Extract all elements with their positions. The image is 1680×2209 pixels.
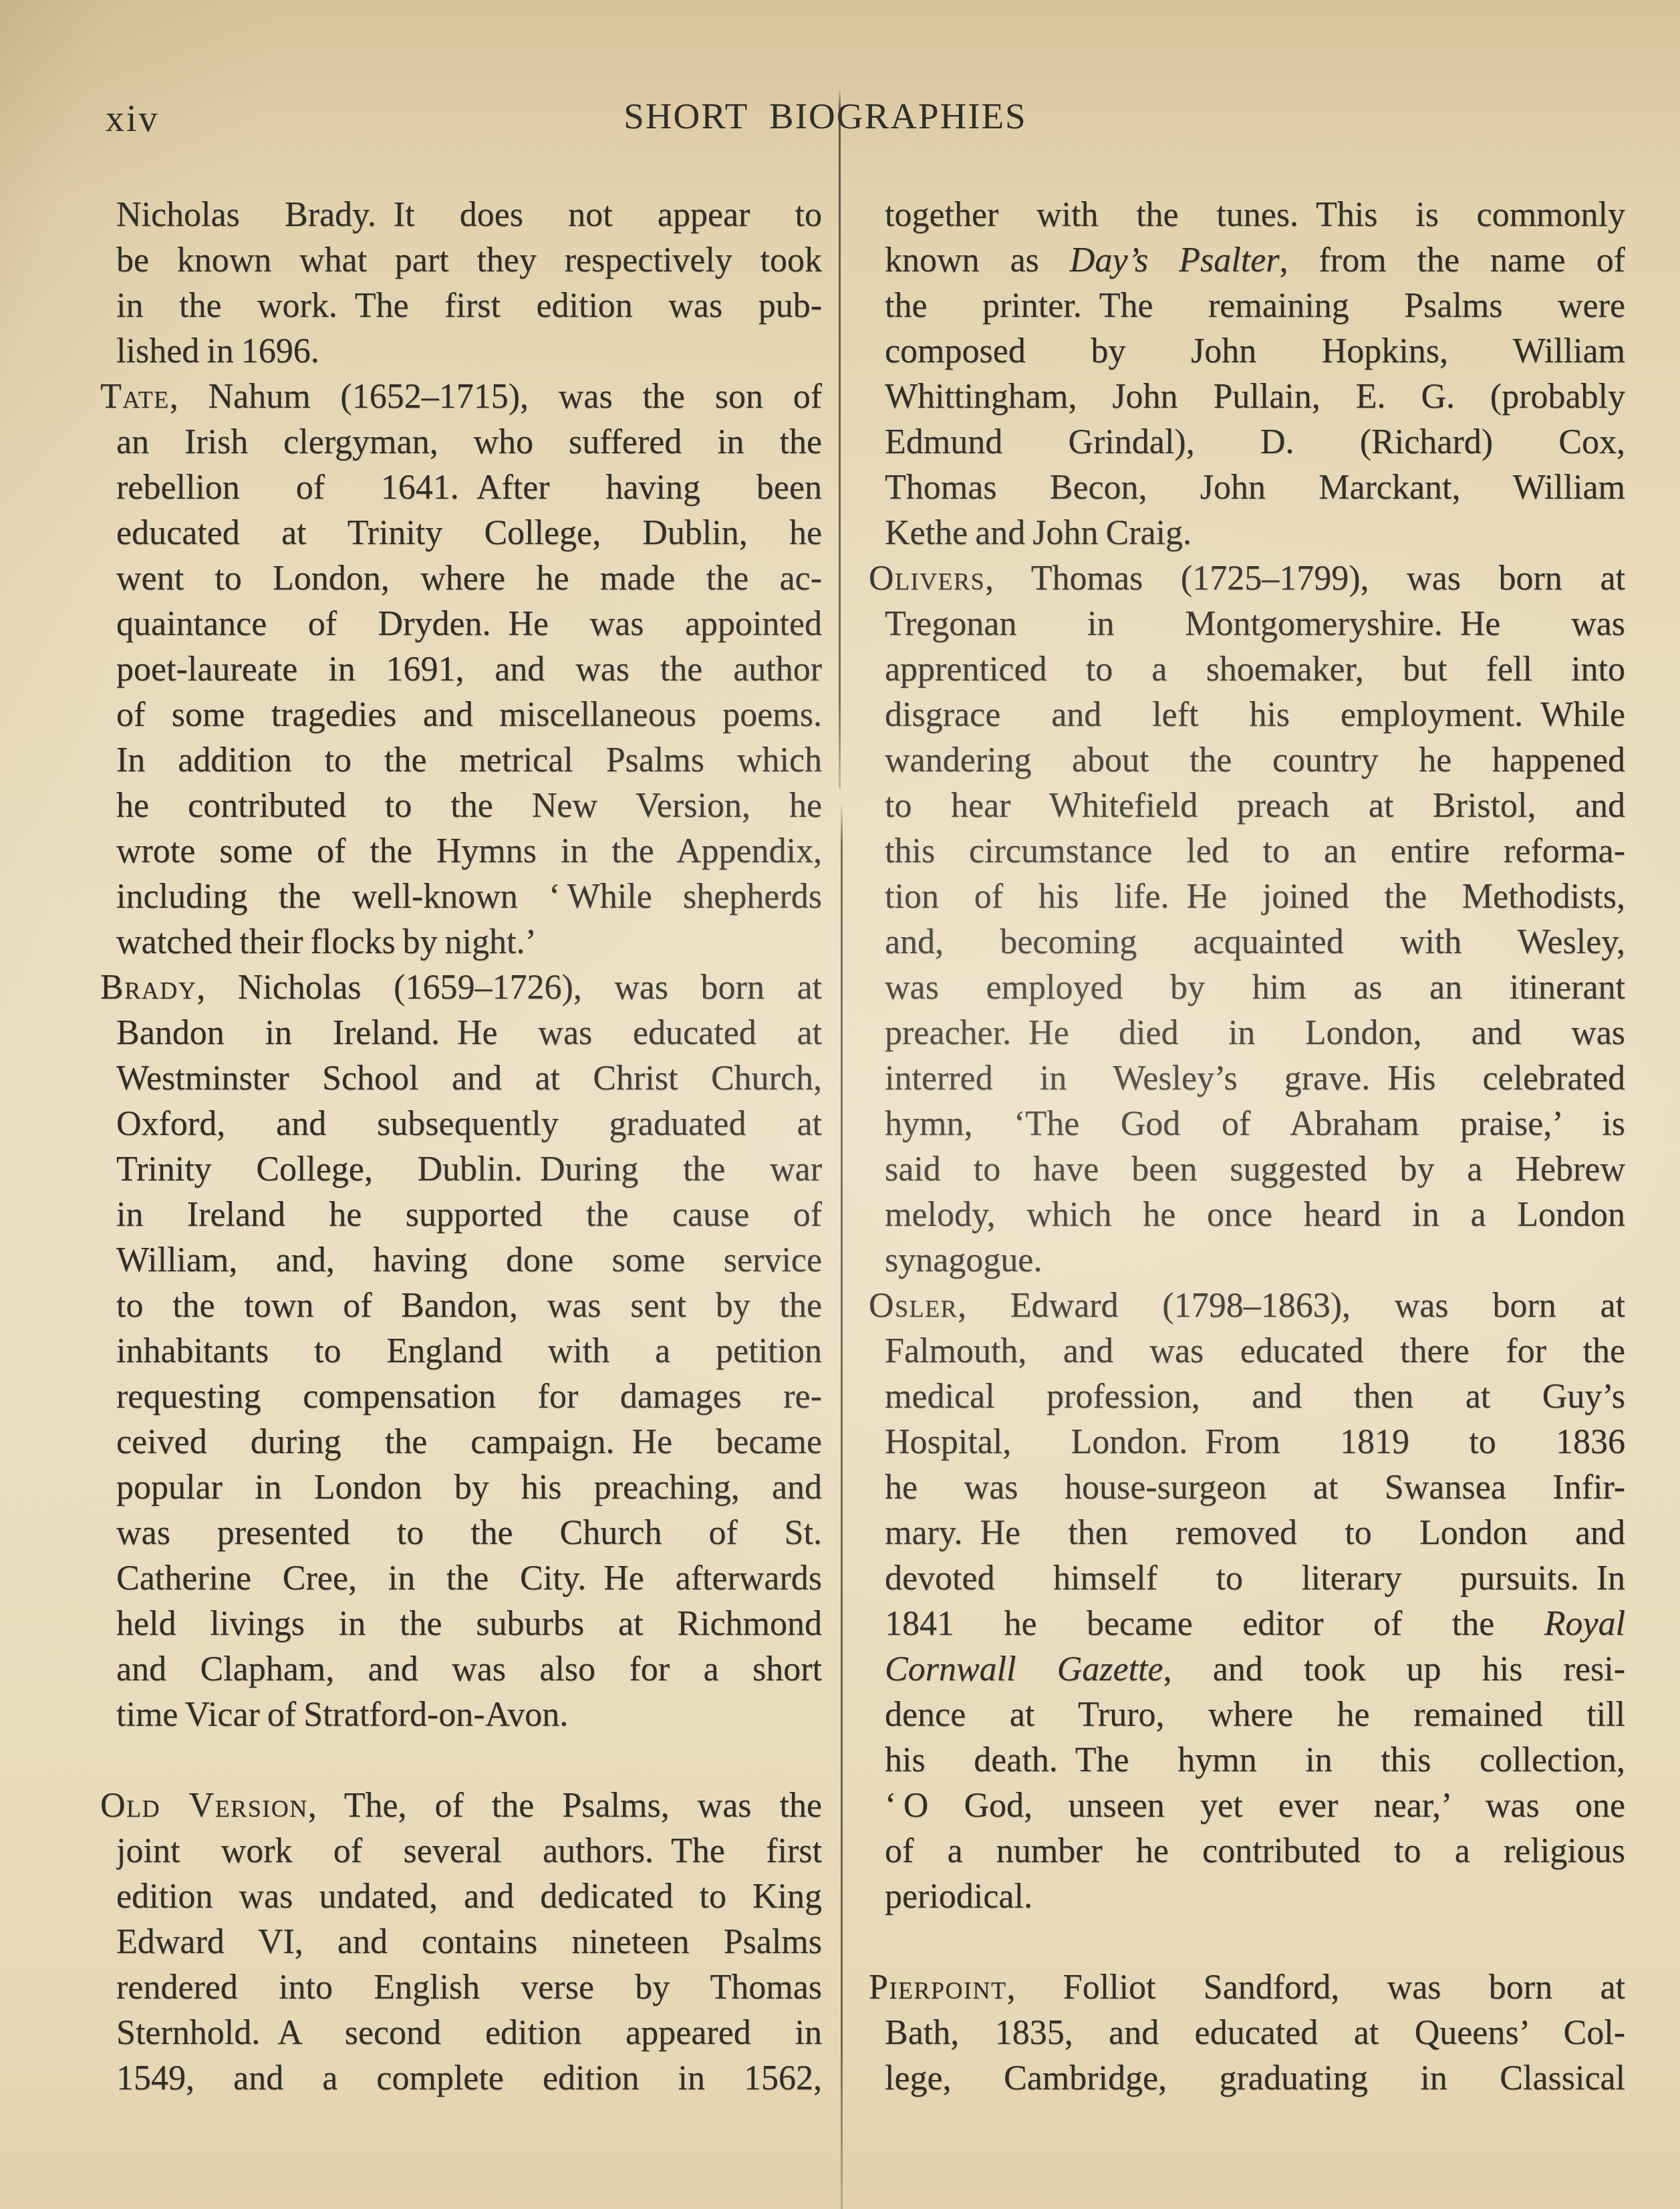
text-segment: interred in Wesley’s grave. His celebrat…: [885, 1059, 1625, 1097]
text-segment: Sternhold. A second edition appeared in: [116, 2014, 822, 2052]
text-line: Oxford, and subsequently graduated at: [116, 1101, 822, 1147]
entry-headword: Pierpoint: [869, 1968, 1006, 2006]
text-segment: William, and, having done some service: [116, 1241, 822, 1279]
text-line: periodical.: [885, 1874, 1625, 1920]
text-segment: synagogue.: [885, 1241, 1042, 1279]
text-segment: tion of his life. He joined the Methodis…: [885, 878, 1625, 916]
text-line: popular in London by his preaching, and: [116, 1465, 822, 1511]
text-line: Tate, Nahum (1652–1715), was the son of: [100, 374, 822, 420]
text-segment: inhabitants to England with a petition: [116, 1332, 822, 1370]
continuation-new-version-entry: Nicholas Brady. It does not appear tobe …: [100, 192, 822, 374]
text-segment: held livings in the suburbs at Richmond: [116, 1605, 822, 1643]
text-segment: an Irish clergyman, who suffered in the: [116, 423, 822, 461]
text-line: Cornwall Gazette, and took up his resi-: [885, 1647, 1625, 1692]
text-segment: said to have been suggested by a Hebrew: [885, 1150, 1625, 1188]
entry-headword: Old Version: [100, 1787, 308, 1825]
text-segment: Edmund Grindal), D. (Richard) Cox,: [885, 423, 1625, 461]
text-segment: he was house-surgeon at Swansea Infir-: [885, 1468, 1625, 1507]
entry-brady-nicholas: Brady, Nicholas (1659–1726), was born at…: [100, 965, 822, 1738]
text-segment: popular in London by his preaching, and: [116, 1468, 822, 1507]
text-segment: together with the tunes. This is commonl…: [885, 196, 1625, 234]
text-segment: Catherine Cree, in the City. He afterwar…: [116, 1559, 822, 1597]
text-segment: of some tragedies and miscellaneous poem…: [116, 696, 822, 734]
text-segment: rebellion of 1641. After having been: [116, 469, 822, 507]
text-line: devoted himself to literary pursuits. In: [885, 1556, 1625, 1601]
text-segment: he contributed to the New Version, he: [116, 787, 822, 825]
text-segment: , from the name of: [1280, 241, 1625, 279]
continuation-old-version-entry: together with the tunes. This is commonl…: [869, 192, 1625, 556]
text-line: to hear Whitefield preach at Bristol, an…: [885, 783, 1625, 829]
text-line: to the town of Bandon, was sent by the: [116, 1283, 822, 1329]
text-segment: this circumstance led to an entire refor…: [885, 832, 1625, 870]
text-line: apprenticed to a shoemaker, but fell int…: [885, 647, 1625, 692]
text-line: lished in 1696.: [116, 329, 822, 374]
text-line: 1841 he became editor of the Royal: [885, 1601, 1625, 1647]
text-line: synagogue.: [885, 1238, 1625, 1283]
column-divider-lower: [841, 802, 843, 2209]
text-line: composed by John Hopkins, William: [885, 329, 1625, 374]
text-segment: In addition to the metrical Psalms which: [116, 741, 822, 779]
text-line: in the work. The first edition was pub-: [116, 283, 822, 329]
text-segment: melody, which he once heard in a London: [885, 1196, 1625, 1234]
text-segment: apprenticed to a shoemaker, but fell int…: [885, 650, 1625, 688]
text-line: was employed by him as an itinerant: [885, 965, 1625, 1011]
text-line: in Ireland he supported the cause of: [116, 1192, 822, 1238]
text-line: together with the tunes. This is commonl…: [885, 192, 1625, 238]
text-segment: in the work. The first edition was pub-: [116, 287, 822, 325]
text-segment: quaintance of Dryden. He was appointed: [116, 605, 822, 643]
text-line: of some tragedies and miscellaneous poem…: [116, 692, 822, 738]
text-line: Sternhold. A second edition appeared in: [116, 2010, 822, 2056]
text-segment: , Folliot Sandford, was born at: [1006, 1968, 1625, 2006]
text-line: William, and, having done some service: [116, 1238, 822, 1283]
text-line: Edward VI, and contains nineteen Psalms: [116, 1920, 822, 1965]
text-segment: known as: [885, 241, 1070, 279]
text-line: rendered into English verse by Thomas: [116, 1965, 822, 2010]
text-segment: Bandon in Ireland. He was educated at: [116, 1014, 822, 1052]
text-line: Westminster School and at Christ Church,: [116, 1056, 822, 1101]
text-segment: 1841 he became editor of the: [885, 1605, 1544, 1643]
text-segment: Thomas Becon, John Marckant, William: [885, 469, 1625, 507]
text-line: rebellion of 1641. After having been: [116, 465, 822, 511]
text-line: Brady, Nicholas (1659–1726), was born at: [100, 965, 822, 1011]
text-line: Olivers, Thomas (1725–1799), was born at: [869, 556, 1625, 602]
italic-title: Day’s Psalter: [1070, 241, 1280, 279]
text-segment: periodical.: [885, 1877, 1032, 1916]
text-line: an Irish clergyman, who suffered in the: [116, 420, 822, 465]
text-line: Falmouth, and was educated there for the: [885, 1329, 1625, 1374]
text-line: melody, which he once heard in a London: [885, 1192, 1625, 1238]
text-segment: Westminster School and at Christ Church,: [116, 1059, 822, 1097]
text-segment: poet-laureate in 1691, and was the autho…: [116, 650, 822, 688]
left-column: Nicholas Brady. It does not appear tobe …: [100, 192, 822, 2101]
text-segment: , Nicholas (1659–1726), was born at: [196, 968, 822, 1007]
text-line: Bandon in Ireland. He was educated at: [116, 1011, 822, 1056]
text-segment: including the well-known ‘ While shepher…: [116, 878, 822, 916]
text-segment: his death. The hymn in this collection,: [885, 1741, 1625, 1779]
text-line: disgrace and left his employment. While: [885, 692, 1625, 738]
text-line: Whittingham, John Pullain, E. G. (probab…: [885, 374, 1625, 420]
text-segment: , Edward (1798–1863), was born at: [958, 1287, 1625, 1325]
italic-title: Cornwall Gazette: [885, 1650, 1163, 1688]
text-segment: , Thomas (1725–1799), was born at: [985, 559, 1625, 598]
text-line: quaintance of Dryden. He was appointed: [116, 602, 822, 647]
text-segment: Bath, 1835, and educated at Queens’ Col-: [885, 2014, 1625, 2052]
text-segment: requesting compensation for damages re-: [116, 1378, 822, 1416]
text-line: Osler, Edward (1798–1863), was born at: [869, 1283, 1625, 1329]
text-line: the printer. The remaining Psalms were: [885, 283, 1625, 329]
right-column: together with the tunes. This is commonl…: [869, 192, 1625, 2101]
text-segment: lished in 1696.: [116, 332, 319, 370]
text-line: Bath, 1835, and educated at Queens’ Col-: [885, 2010, 1625, 2056]
text-segment: , The, of the Psalms, was the: [308, 1787, 822, 1825]
entry-headword: Olivers: [869, 559, 985, 598]
text-segment: rendered into English verse by Thomas: [116, 1968, 822, 2006]
text-line: wrote some of the Hymns in the Appendix,: [116, 829, 822, 874]
text-line: medical profession, and then at Guy’s: [885, 1374, 1625, 1420]
entry-tate-nahum: Tate, Nahum (1652–1715), was the son ofa…: [100, 374, 822, 965]
text-segment: disgrace and left his employment. While: [885, 696, 1625, 734]
text-line: Catherine Cree, in the City. He afterwar…: [116, 1556, 822, 1601]
text-line: edition was undated, and dedicated to Ki…: [116, 1874, 822, 1920]
text-line: Old Version, The, of the Psalms, was the: [100, 1783, 822, 1829]
text-line: he was house-surgeon at Swansea Infir-: [885, 1465, 1625, 1511]
column-divider-upper: [839, 88, 841, 789]
text-segment: , and took up his resi-: [1163, 1650, 1625, 1688]
text-segment: wrote some of the Hymns in the Appendix,: [116, 832, 822, 870]
text-segment: preacher. He died in London, and was: [885, 1014, 1625, 1052]
text-line: Pierpoint, Folliot Sandford, was born at: [869, 1965, 1625, 2010]
text-segment: Oxford, and subsequently graduated at: [116, 1105, 822, 1143]
text-segment: Edward VI, and contains nineteen Psalms: [116, 1923, 822, 1961]
text-segment: Hospital, London. From 1819 to 1836: [885, 1423, 1625, 1461]
text-line: Trinity College, Dublin. During the war: [116, 1147, 822, 1192]
text-segment: went to London, where he made the ac-: [116, 559, 822, 598]
text-segment: Falmouth, and was educated there for the: [885, 1332, 1625, 1370]
text-segment: the printer. The remaining Psalms were: [885, 287, 1625, 325]
book-page: { "page": { "number": "xiv", "title": "S…: [0, 0, 1680, 2209]
text-line: known as Day’s Psalter, from the name of: [885, 238, 1625, 283]
entry-headword: Tate: [100, 378, 170, 416]
text-segment: watched their flocks by night.’: [116, 923, 537, 961]
text-line: tion of his life. He joined the Methodis…: [885, 874, 1625, 920]
entry-old-version: Old Version, The, of the Psalms, was the…: [100, 1783, 822, 2101]
text-line: ‘ O God, unseen yet ever near,’ was one: [885, 1783, 1625, 1829]
text-line: his death. The hymn in this collection,: [885, 1738, 1625, 1783]
entry-headword: Osler: [869, 1287, 958, 1325]
text-segment: and, becoming acquainted with Wesley,: [885, 923, 1625, 961]
text-line: educated at Trinity College, Dublin, he: [116, 511, 822, 556]
text-line: this circumstance led to an entire refor…: [885, 829, 1625, 874]
text-line: Hospital, London. From 1819 to 1836: [885, 1420, 1625, 1465]
text-segment: educated at Trinity College, Dublin, he: [116, 514, 822, 552]
text-line: Kethe and John Craig.: [885, 511, 1625, 556]
text-segment: medical profession, and then at Guy’s: [885, 1378, 1625, 1416]
text-segment: composed by John Hopkins, William: [885, 332, 1625, 370]
text-segment: mary. He then removed to London and: [885, 1514, 1625, 1552]
text-segment: Nicholas Brady. It does not appear to: [116, 196, 822, 234]
text-line: preacher. He died in London, and was: [885, 1011, 1625, 1056]
text-line: and Clapham, and was also for a short: [116, 1647, 822, 1692]
text-line: of a number he contributed to a religiou…: [885, 1829, 1625, 1874]
text-segment: ‘ O God, unseen yet ever near,’ was one: [885, 1787, 1625, 1825]
text-line: be known what part they respectively too…: [116, 238, 822, 283]
text-segment: in Ireland he supported the cause of: [116, 1196, 822, 1234]
text-segment: Whittingham, John Pullain, E. G. (probab…: [885, 378, 1625, 416]
text-segment: wandering about the country he happened: [885, 741, 1625, 779]
text-line: watched their flocks by night.’: [116, 920, 822, 965]
text-line: hymn, ‘The God of Abraham praise,’ is: [885, 1101, 1625, 1147]
text-line: inhabitants to England with a petition: [116, 1329, 822, 1374]
text-line: Thomas Becon, John Marckant, William: [885, 465, 1625, 511]
text-line: including the well-known ‘ While shepher…: [116, 874, 822, 920]
text-segment: dence at Truro, where he remained till: [885, 1696, 1625, 1734]
entry-headword: Brady: [100, 968, 196, 1007]
text-segment: was employed by him as an itinerant: [885, 968, 1625, 1007]
text-segment: to hear Whitefield preach at Bristol, an…: [885, 787, 1625, 825]
text-segment: , Nahum (1652–1715), was the son of: [170, 378, 822, 416]
text-line: dence at Truro, where he remained till: [885, 1692, 1625, 1738]
text-segment: 1549, and a complete edition in 1562,: [116, 2059, 822, 2097]
text-segment: of a number he contributed to a religiou…: [885, 1832, 1625, 1870]
text-segment: was presented to the Church of St.: [116, 1514, 822, 1552]
text-segment: ceived during the campaign. He became: [116, 1423, 822, 1461]
text-segment: devoted himself to literary pursuits. In: [885, 1559, 1625, 1597]
text-segment: Tregonan in Montgomeryshire. He was: [885, 605, 1625, 643]
text-segment: Trinity College, Dublin. During the war: [116, 1150, 822, 1188]
entry-osler-edward: Osler, Edward (1798–1863), was born atFa…: [869, 1283, 1625, 1920]
text-line: 1549, and a complete edition in 1562,: [116, 2056, 822, 2101]
text-line: said to have been suggested by a Hebrew: [885, 1147, 1625, 1192]
text-line: he contributed to the New Version, he: [116, 783, 822, 829]
text-line: In addition to the metrical Psalms which: [116, 738, 822, 783]
text-segment: be known what part they respectively too…: [116, 241, 822, 279]
text-segment: time Vicar of Stratford-on-Avon.: [116, 1696, 568, 1734]
text-segment: and Clapham, and was also for a short: [116, 1650, 822, 1688]
text-line: ceived during the campaign. He became: [116, 1420, 822, 1465]
text-segment: edition was undated, and dedicated to Ki…: [116, 1877, 822, 1916]
text-line: Edmund Grindal), D. (Richard) Cox,: [885, 420, 1625, 465]
text-segment: to the town of Bandon, was sent by the: [116, 1287, 822, 1325]
text-segment: lege, Cambridge, graduating in Classical: [885, 2059, 1625, 2097]
text-segment: hymn, ‘The God of Abraham praise,’ is: [885, 1105, 1625, 1143]
text-line: mary. He then removed to London and: [885, 1511, 1625, 1556]
text-line: requesting compensation for damages re-: [116, 1374, 822, 1420]
text-line: interred in Wesley’s grave. His celebrat…: [885, 1056, 1625, 1101]
text-segment: joint work of several authors. The first: [116, 1832, 822, 1870]
text-line: and, becoming acquainted with Wesley,: [885, 920, 1625, 965]
entry-olivers-thomas: Olivers, Thomas (1725–1799), was born at…: [869, 556, 1625, 1283]
text-line: lege, Cambridge, graduating in Classical: [885, 2056, 1625, 2101]
italic-title: Royal: [1544, 1605, 1625, 1643]
text-line: wandering about the country he happened: [885, 738, 1625, 783]
text-line: Tregonan in Montgomeryshire. He was: [885, 602, 1625, 647]
text-line: Nicholas Brady. It does not appear to: [116, 192, 822, 238]
text-line: time Vicar of Stratford-on-Avon.: [116, 1692, 822, 1738]
entry-pierpoint-folliot: Pierpoint, Folliot Sandford, was born at…: [869, 1965, 1625, 2101]
text-line: joint work of several authors. The first: [116, 1829, 822, 1874]
page-title: SHORT BIOGRAPHIES: [0, 95, 1651, 137]
text-line: poet-laureate in 1691, and was the autho…: [116, 647, 822, 692]
text-line: was presented to the Church of St.: [116, 1511, 822, 1556]
text-line: went to London, where he made the ac-: [116, 556, 822, 602]
text-segment: Kethe and John Craig.: [885, 514, 1192, 552]
text-line: held livings in the suburbs at Richmond: [116, 1601, 822, 1647]
